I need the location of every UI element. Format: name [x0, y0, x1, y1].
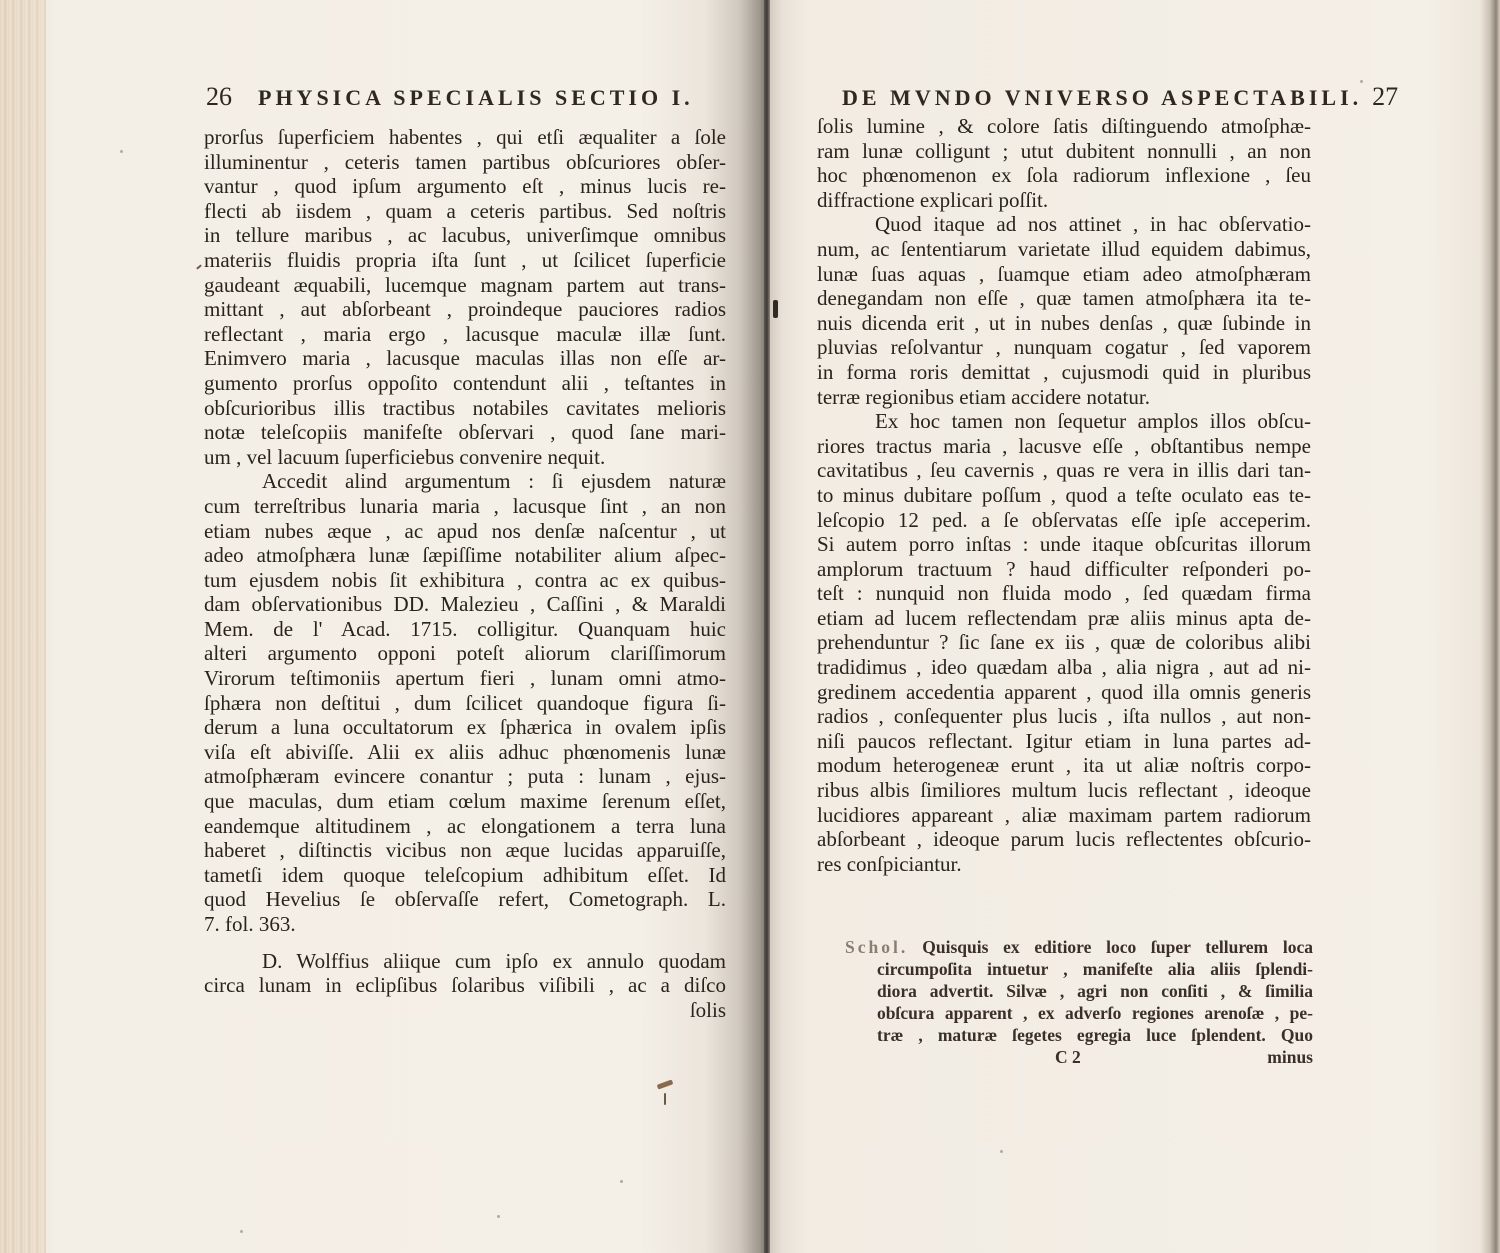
signature-mark: C 2 [1055, 1046, 1081, 1068]
paper-speck [120, 150, 123, 153]
scholion-note: Schol.Quisquis ex editiore loco ſuper te… [845, 936, 1313, 1068]
text-line: gaudeant æquabili, lucemque magnam parte… [204, 273, 726, 298]
text-line: gredinem accedentia apparent , quod illa… [817, 680, 1311, 705]
text-line: D. Wolffius aliique cum ipſo ex annulo q… [204, 949, 726, 974]
text-line: Quod itaque ad nos attinet , in hac obſe… [817, 212, 1311, 237]
text-line: notæ teleſcopiis manifeſte obſervari , q… [204, 420, 726, 445]
text-line: haberet , diſtinctis vicibus non æque lu… [204, 838, 726, 863]
text-line: prorſus ſuperficiem habentes , qui etſi … [204, 125, 726, 150]
text-line: ram lunæ colligunt ; utut dubitent nonnu… [817, 139, 1311, 164]
right-paragraph-1: ſolis lumine , & colore ſatis diſtinguen… [817, 114, 1311, 212]
text-line: cum terreſtribus lunaria maria , lacusqu… [204, 494, 726, 519]
text-line: teſt : nunquid non fluida modo , ſed quæ… [817, 581, 1311, 606]
margin-tick [773, 300, 778, 318]
text-line: alteri argumento opponi poteſt aliorum c… [204, 641, 726, 666]
text-line: radios , conſequenter plus lucis , iſta … [817, 704, 1311, 729]
scholion-line: Schol.Quisquis ex editiore loco ſuper te… [845, 936, 1313, 958]
text-line: leſcopio 12 ped. a ſe obſervatas eſſe ip… [817, 508, 1311, 533]
text-line: in forma roris demittat , cujusmodi quid… [817, 360, 1311, 385]
text-line: to minus dubitare poſſum , quod a teſte … [817, 483, 1311, 508]
text-line: num, ac ſententiarum varietate illud equ… [817, 237, 1311, 262]
text-line: tametſi idem quoque teleſcopium adhibitu… [204, 863, 726, 888]
text-line: diffractione explicari poſſit. [817, 188, 1311, 213]
paragraph-gap [204, 937, 726, 949]
text-line: ſolis lumine , & colore ſatis diſtinguen… [817, 114, 1311, 139]
text-line: amplorum tractuum ? haud difficulter reſ… [817, 557, 1311, 582]
text-line: prehenduntur ? ſic ſane ex iis , quæ de … [817, 630, 1311, 655]
left-paragraph-2: Accedit alind argumentum : ſi ejusdem na… [204, 469, 726, 936]
text-line: ribus albis ſimiliores multum lucis refl… [817, 778, 1311, 803]
text-line: um , vel lacuum ſuperficiebus convenire … [204, 445, 726, 470]
scholion-label: Schol. [845, 937, 908, 957]
paper-speck [1000, 1150, 1003, 1153]
text-line: etiam nubes æque , ac apud nos denſæ naſ… [204, 519, 726, 544]
left-running-title: PHYSICA SPECIALIS SECTIO I. [258, 85, 694, 110]
text-line: ſphæra non deſtitui , dum ſcilicet quand… [204, 691, 726, 716]
right-running-title: DE MVNDO VNIVERSO ASPECTABILI. [842, 85, 1362, 110]
text-line: viſa eſt abiviſſe. Alii ex aliis adhuc p… [204, 740, 726, 765]
text-line: dam obſervationibus DD. Malezieu , Caſſi… [204, 592, 726, 617]
text-line: que maculas, dum etiam cœlum maxime ſere… [204, 789, 726, 814]
page-footer: C 2 minus [845, 1046, 1313, 1068]
text-line: lucidiores appareant , aliæ maximam part… [817, 803, 1311, 828]
text-line: lunæ ſuas aquas , ſuamque etiam adeo atm… [817, 262, 1311, 287]
left-paragraph-1: prorſus ſuperficiem habentes , qui etſi … [204, 125, 726, 469]
text-line: reflectant , maria ergo , lacusque macul… [204, 322, 726, 347]
text-line: materiis fluidis propria iſta ſunt , ut … [204, 248, 726, 273]
left-paragraph-3: D. Wolffius aliique cum ipſo ex annulo q… [204, 949, 726, 998]
scholion-line: diora advertit. Silvæ , agri non conſiti… [845, 980, 1313, 1002]
right-running-head: DE MVNDO VNIVERSO ASPECTABILI.27 [842, 82, 1398, 112]
left-page-number: 26 [206, 82, 232, 111]
text-line: Ex hoc tamen non ſequetur amplos illos o… [817, 409, 1311, 434]
left-catchword: ſolis [204, 998, 726, 1023]
text-line: eandemque altitudinem , ac elongationem … [204, 814, 726, 839]
text-line: Accedit alind argumentum : ſi ejusdem na… [204, 469, 726, 494]
book-spread: 26PHYSICA SPECIALIS SECTIO I. DE MVNDO V… [0, 0, 1500, 1253]
text-line: tum ejusdem nobis ſit exhibitura , contr… [204, 568, 726, 593]
text-line: gumento prorſus oppoſito contendunt alii… [204, 371, 726, 396]
text-line: Virorum teſtimoniis apertum fieri , luna… [204, 666, 726, 691]
right-catchword: minus [1267, 1046, 1313, 1068]
text-line: nuis dicenda erit , ut in nubes denſas ,… [817, 311, 1311, 336]
text-line: abſorbeant , ideoque parum lucis reflect… [817, 827, 1311, 852]
text-line: quod Hevelius ſe obſervaſſe refert, Come… [204, 887, 726, 912]
left-page-body: prorſus ſuperficiem habentes , qui etſi … [204, 125, 726, 1022]
text-line: modum heterogeneæ erunt , ita ut aliæ no… [817, 753, 1311, 778]
text-line: 7. fol. 363. [204, 912, 726, 937]
scholion-line: obſcura apparent , ex adverſo regiones a… [845, 1002, 1313, 1024]
paper-speck [620, 1180, 623, 1183]
page-edges-left [0, 0, 46, 1253]
text-line: circa lunam in eclipſibus ſolaribus viſi… [204, 973, 726, 998]
text-line: vantur , quod ipſum argumento eſt , minu… [204, 174, 726, 199]
text-line: denegandam non eſſe , quæ tamen atmoſphæ… [817, 286, 1311, 311]
text-line: flecti ab iisdem , quam a ceteris partib… [204, 199, 726, 224]
scholion-line: circumpoſita intuetur , manifeſte alia a… [845, 958, 1313, 980]
text-line: mittant , aut abſorbeant , proindeque pa… [204, 297, 726, 322]
book-gutter [764, 0, 770, 1253]
right-paragraph-2: Quod itaque ad nos attinet , in hac obſe… [817, 212, 1311, 409]
text-line: etiam ad lucem reflectendam præ aliis mi… [817, 606, 1311, 631]
text-line: riores tractus maria , lacusve eſſe , ob… [817, 434, 1311, 459]
text-line: adeo atmoſphæra lunæ ſæpiſſime notabilit… [204, 543, 726, 568]
text-line: niſi paucos reflectant. Igitur etiam in … [817, 729, 1311, 754]
text-line: pluvias reſolvantur , nunquam cogatur , … [817, 335, 1311, 360]
text-line: cavitatibus , ſeu cavernis , quas re ver… [817, 458, 1311, 483]
text-line: Enimvero maria , lacusque maculas illas … [204, 346, 726, 371]
text-line: obſcurioribus illis tractibus notabiles … [204, 396, 726, 421]
paper-speck [497, 1215, 500, 1218]
text-line: terræ regionibus etiam accidere notatur. [817, 385, 1311, 410]
text-line: atmoſphæram evincere conantur ; puta : l… [204, 764, 726, 789]
scholion-line: træ , maturæ ſegetes egregia luce ſplend… [845, 1024, 1313, 1046]
text-line: Si autem porro inſtas : unde itaque obſc… [817, 532, 1311, 557]
text-line: in tellure maribus , ac lacubus, univerſ… [204, 223, 726, 248]
left-running-head: 26PHYSICA SPECIALIS SECTIO I. [206, 82, 694, 112]
text-line: tradidimus , ideo quædam alba , alia nig… [817, 655, 1311, 680]
right-paragraph-3: Ex hoc tamen non ſequetur amplos illos o… [817, 409, 1311, 876]
right-page-body: ſolis lumine , & colore ſatis diſtinguen… [817, 114, 1311, 876]
text-line: hoc phœnomenon ex ſola radiorum inflexio… [817, 163, 1311, 188]
ink-stain [664, 1093, 666, 1105]
text-line: derum a luna occultatorum ex ſphærica in… [204, 715, 726, 740]
paper-speck [240, 1230, 243, 1233]
text-line: illuminentur , ceteris tamen partibus ob… [204, 150, 726, 175]
text-line: res conſpiciantur. [817, 852, 1311, 877]
paper-speck [1360, 80, 1363, 83]
text-line: Mem. de l' Acad. 1715. colligitur. Quanq… [204, 617, 726, 642]
right-page-number: 27 [1372, 82, 1398, 111]
